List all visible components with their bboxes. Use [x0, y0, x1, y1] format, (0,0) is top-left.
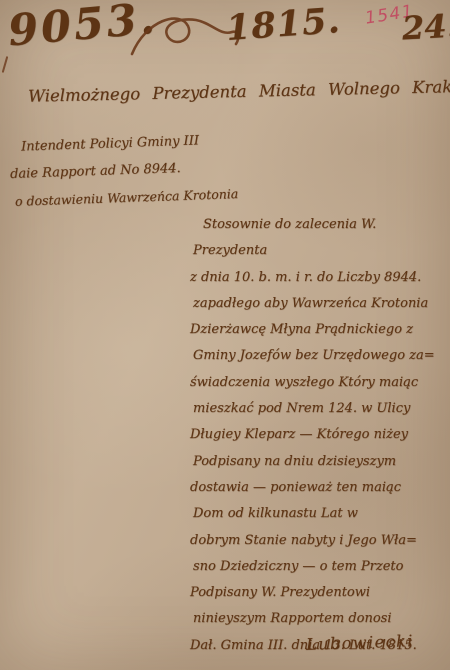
- manuscript-line: Dzierżawcę Młyna Prądnickiego z: [190, 317, 450, 343]
- manuscript-line: dobrym Stanie nabyty i Jego Wła=: [190, 528, 450, 554]
- sender-block: Intendent Policyi Gminy III daie Rapport…: [9, 126, 239, 215]
- manuscript-line: ninieyszym Rapportem donosi: [193, 606, 450, 632]
- manuscript-line: świadczenia wyszłego Który maiąc: [190, 370, 450, 396]
- salutation-line: Wielmożnego Prezydenta Miasta Wolnego Kr…: [28, 77, 448, 106]
- stray-ink-mark: [2, 56, 9, 73]
- year-number: 1815.: [225, 0, 342, 49]
- manuscript-line: dostawia — ponieważ ten maiąc: [190, 475, 450, 501]
- manuscript-line: Podpisany W. Prezydentowi: [190, 580, 450, 606]
- manuscript-page: 9053. 1815. 1541 24. Wielmożnego Prezyde…: [0, 0, 450, 670]
- manuscript-line: Dom od kilkunastu Lat w: [193, 501, 450, 527]
- manuscript-line: zapadłego aby Wawrzeńca Krotonia: [193, 291, 450, 317]
- manuscript-line: Podpisany na dniu dzisieyszym: [193, 449, 450, 475]
- report-body: Stosownie do zalecenia W. Prezydenta z d…: [190, 212, 450, 659]
- manuscript-line: z dnia 10. b. m. i r. do Liczby 8944.: [190, 265, 450, 291]
- manuscript-line: Gminy Jozefów bez Urzędowego za=: [193, 343, 450, 369]
- signature: Lubowiecki: [306, 631, 414, 654]
- manuscript-line: Stosownie do zalecenia W. Prezydenta: [193, 212, 450, 265]
- manuscript-line: Długiey Kleparz — Którego niżey: [190, 422, 450, 448]
- manuscript-line: mieszkać pod Nrem 124. w Ulicy: [193, 396, 450, 422]
- page-number: 24.: [401, 7, 450, 48]
- manuscript-line: sno Dziedziczny — o tem Przeto: [193, 554, 450, 580]
